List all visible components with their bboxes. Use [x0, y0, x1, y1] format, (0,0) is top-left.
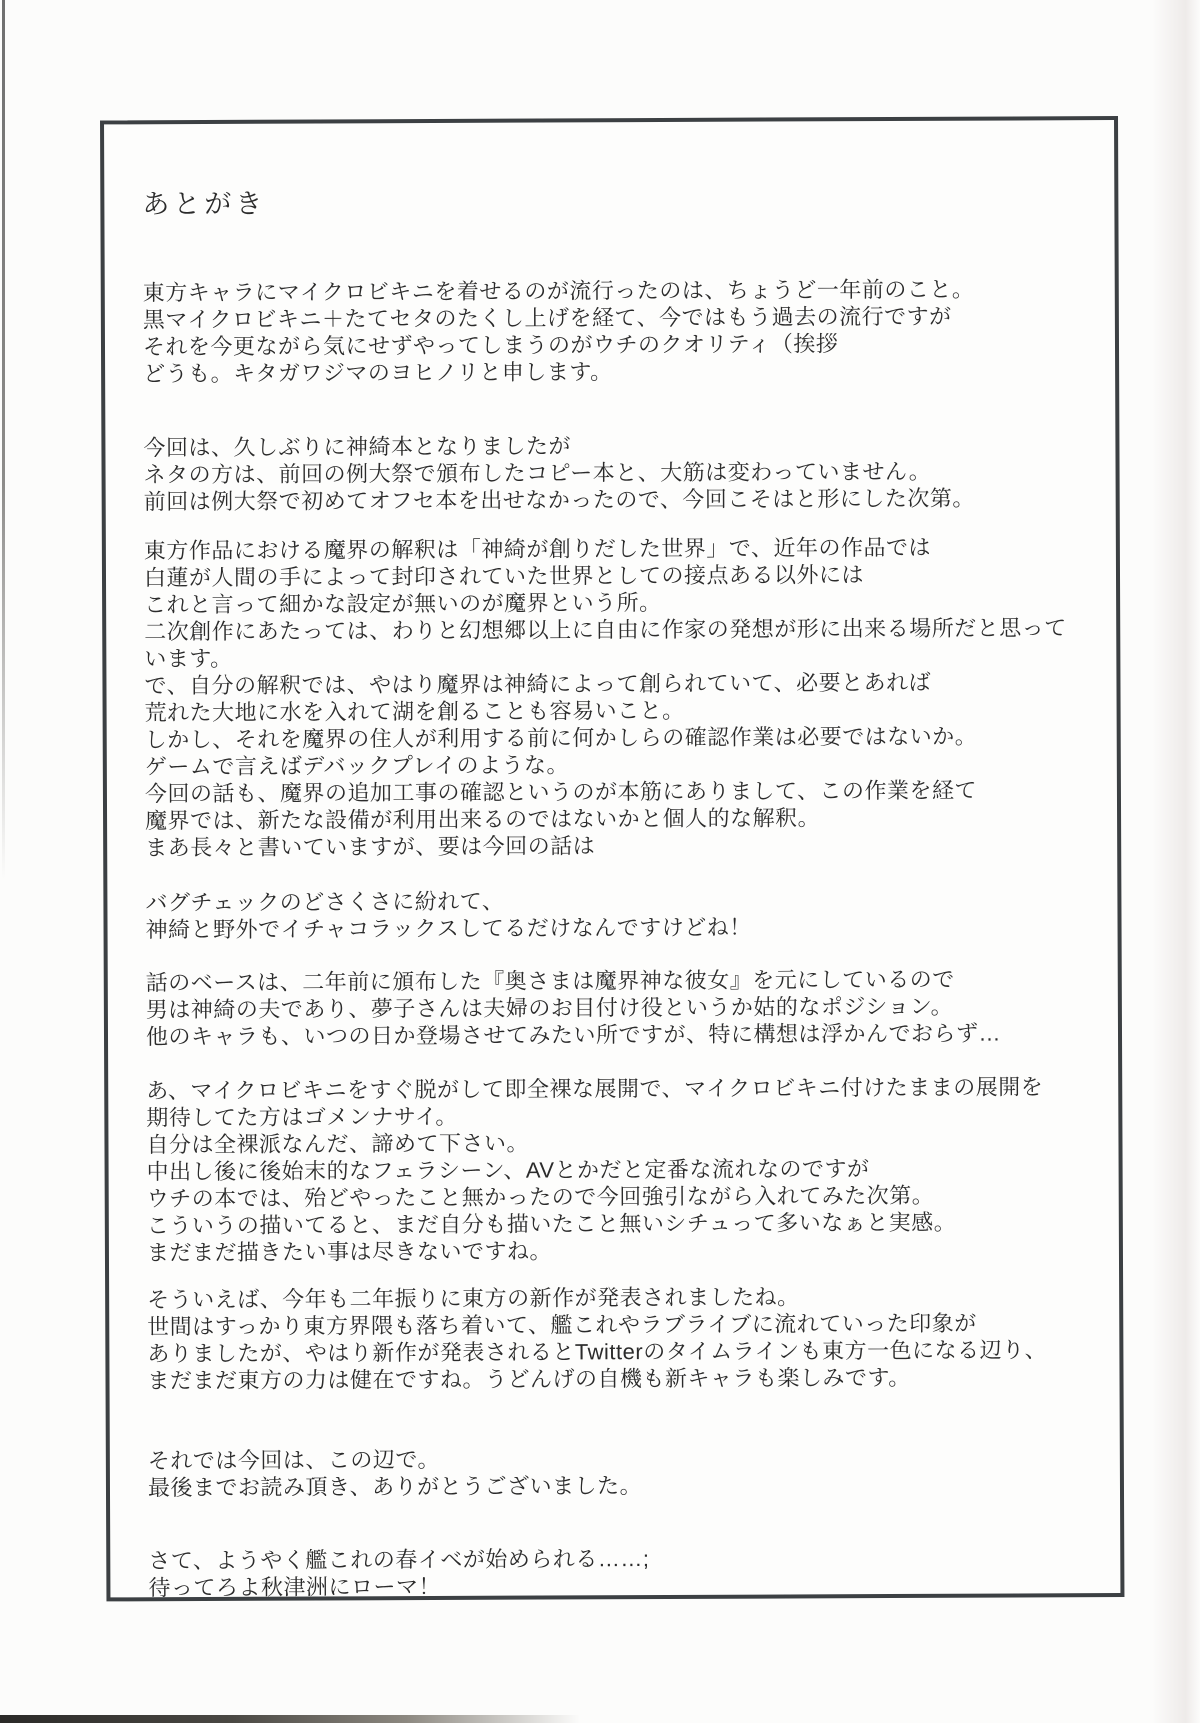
- paragraph: 今回は、久しぶりに神綺本となりましたがネタの方は、前回の例大祭で頒布したコピー本…: [143, 430, 1115, 515]
- text-line: 待ってろよ秋津洲にローマ！: [148, 1570, 1120, 1601]
- paragraph: バグチェックのどさくさに紛れて、神綺と野外でイチャコラックスしてるだけなんですけ…: [145, 885, 1117, 943]
- paragraph: あ、マイクロビキニをすぐ脱がして即全裸な展開で、マイクロビキニ付けたままの展開を…: [146, 1073, 1119, 1266]
- text-line: 前回は例大祭で初めてオフセ本を出せなかったので、今回こそはと形にした次第。: [144, 484, 1116, 515]
- scan-shading-right: [1152, 0, 1200, 1723]
- text-line: まあ長々と書いていますが、要は今回の話は: [145, 830, 1117, 861]
- text-line: まだまだ描きたい事は尽きないですね。: [147, 1235, 1119, 1266]
- text-line: 今回の話も、魔界の追加工事の確認というのが本筋にありまして、この作業を経て: [145, 776, 1117, 807]
- paragraph: それでは今回は、この辺で。最後までお読み頂き、ありがとうございました。: [148, 1443, 1120, 1501]
- paragraph: 東方作品における魔界の解釈は「神綺が創りだした世界」で、近年の作品では白蓮が人間…: [144, 533, 1117, 861]
- text-line: 神綺と野外でイチャコラックスしてるだけなんですけどね！: [145, 912, 1117, 943]
- afterword-frame: あとがき 東方キャラにマイクロビキニを着せるのが流行ったのは、ちょうど一年前のこ…: [100, 116, 1124, 1601]
- text-line: まだまだ東方の力は健在ですね。うどんげの自機も新キャラも楽しみです。: [147, 1363, 1119, 1394]
- text-line: 白蓮が人間の手によって封印されていた世界としての接点ある以外には: [144, 560, 1116, 591]
- text-line: 最後までお読み頂き、ありがとうございました。: [148, 1470, 1120, 1501]
- text-line: 東方作品における魔界の解釈は「神綺が創りだした世界」で、近年の作品では: [144, 533, 1116, 564]
- paragraph: さて、ようやく艦これの春イベが始められる……;待ってろよ秋津洲にローマ！: [148, 1543, 1120, 1601]
- text-line: さて、ようやく艦これの春イベが始められる……;: [148, 1543, 1120, 1574]
- scanned-page: あとがき 東方キャラにマイクロビキニを着せるのが流行ったのは、ちょうど一年前のこ…: [0, 0, 1200, 1723]
- text-line: で、自分の解釈では、やはり魔界は神綺によって創られていて、必要とあれば: [144, 668, 1116, 699]
- page-title: あとがき: [142, 178, 1114, 221]
- text-line: そういえば、今年も二年振りに東方の新作が発表されましたね。: [147, 1282, 1119, 1313]
- text-line: 中出し後に後始末的なフェラシーン、AVとかだと定番な流れなのですが: [147, 1154, 1119, 1185]
- text-line: 自分は全裸派なんだ、諦めて下さい。: [146, 1127, 1118, 1158]
- text-line: バグチェックのどさくさに紛れて、: [145, 885, 1117, 916]
- text-line: 今回は、久しぶりに神綺本となりましたが: [143, 430, 1115, 461]
- text-line: それを今更ながら気にせずやってしまうのがウチのクオリティ（挨拶: [143, 329, 1115, 360]
- text-line: 二次創作にあたっては、わりと幻想郷以上に自由に作家の発想が形に出来る場所だと思っ…: [144, 614, 1116, 645]
- scan-edge-bottom-artifact: [0, 1715, 580, 1723]
- text-line: ありましたが、やはり新作が発表されるとTwitterのタイムラインも東方一色にな…: [147, 1336, 1119, 1367]
- text-line: 黒マイクロビキニ＋たてセタのたくし上げを経て、今ではもう過去の流行ですが: [143, 302, 1115, 333]
- text-line: これと言って細かな設定が無いのが魔界という所。: [144, 587, 1116, 618]
- text-line: しかし、それを魔界の住人が利用する前に何かしらの確認作業は必要ではないか。: [145, 722, 1117, 753]
- text-line: 世間はすっかり東方界隈も落ち着いて、艦これやラブライブに流れていった印象が: [147, 1309, 1119, 1340]
- text-line: 東方キャラにマイクロビキニを着せるのが流行ったのは、ちょうど一年前のこと。: [143, 275, 1115, 306]
- text-line: 期待してた方はゴメンナサイ。: [146, 1100, 1118, 1131]
- text-line: それでは今回は、この辺で。: [148, 1443, 1120, 1474]
- text-line: ゲームで言えばデバックプレイのような。: [145, 749, 1117, 780]
- text-line: どうも。キタガワジマのヨヒノリと申します。: [143, 356, 1115, 387]
- paragraph: 東方キャラにマイクロビキニを着せるのが流行ったのは、ちょうど一年前のこと。黒マイ…: [143, 275, 1115, 387]
- text-line: 他のキャラも、いつの日か登場させてみたい所ですが、特に構想は浮かんでおらず…: [146, 1019, 1118, 1050]
- text-line: 魔界では、新たな設備が利用出来るのではないかと個人的な解釈。: [145, 803, 1117, 834]
- afterword-body: 東方キャラにマイクロビキニを着せるのが流行ったのは、ちょうど一年前のこと。黒マイ…: [143, 275, 1121, 1601]
- text-line: 荒れた大地に水を入れて湖を創ることも容易いこと。: [145, 695, 1117, 726]
- paragraph: 話のベースは、二年前に頒布した『奥さまは魔界神な彼女』を元にしているので男は神綺…: [146, 965, 1118, 1050]
- text-line: ネタの方は、前回の例大祭で頒布したコピー本と、大筋は変わっていません。: [143, 457, 1115, 488]
- text-line: あ、マイクロビキニをすぐ脱がして即全裸な展開で、マイクロビキニ付けたままの展開を: [146, 1073, 1118, 1104]
- text-line: 話のベースは、二年前に頒布した『奥さまは魔界神な彼女』を元にしているので: [146, 965, 1118, 996]
- text-line: こういうの描いてると、まだ自分も描いたこと無いシチュって多いなぁと実感。: [147, 1208, 1119, 1239]
- text-line: ウチの本では、殆どやったこと無かったので今回強引ながら入れてみた次第。: [147, 1181, 1119, 1212]
- text-line: 男は神綺の夫であり、夢子さんは夫婦のお目付け役というか姑的なポジション。: [146, 992, 1118, 1023]
- scan-edge-left-artifact: [2, 0, 5, 880]
- paragraph: そういえば、今年も二年振りに東方の新作が発表されましたね。世間はすっかり東方界隈…: [147, 1282, 1119, 1394]
- text-line: います。: [144, 641, 1116, 672]
